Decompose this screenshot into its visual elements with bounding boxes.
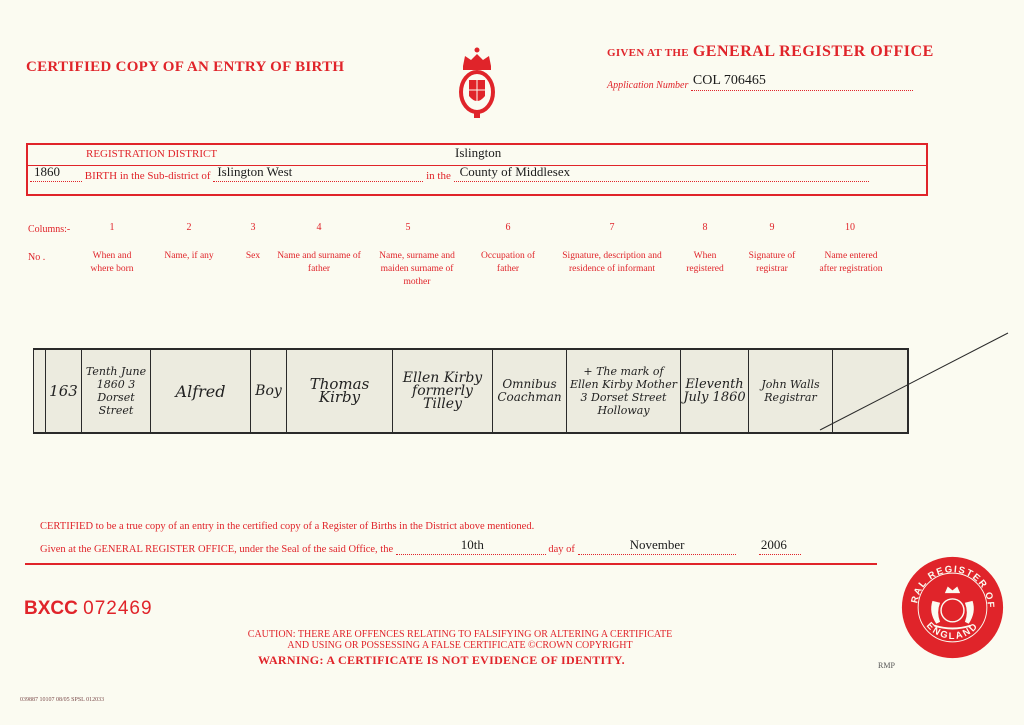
certificate-serial: BXCC 072469: [24, 598, 153, 620]
general-register-office-seal-icon: GENERAL REGISTER OFFICE ENGLAND: [900, 555, 1005, 660]
subdistrict-field: Islington West: [213, 167, 423, 182]
county-label: in the: [426, 170, 451, 182]
year-field-certified: 2006: [759, 540, 801, 555]
application-number-row: Application Number COL 706465: [607, 78, 913, 91]
county-field: County of Middlesex: [454, 167, 869, 182]
print-code: 039887 10107 08/05 SPSL 012033: [20, 697, 104, 703]
day-field: 10th: [396, 540, 546, 555]
application-number-value: COL 706465: [693, 73, 766, 89]
entry-informant: + The mark of Ellen Kirby Mother 3 Dorse…: [566, 350, 680, 432]
col-num-5: 5: [396, 222, 420, 233]
col-head-6: Occupation of father: [476, 250, 540, 276]
registration-district-value: Islington: [455, 145, 501, 161]
register-entry-row: 163 Tenth June 1860 3 Dorset Street Alfr…: [33, 348, 909, 434]
entry-mother: Ellen Kirby formerly Tilley: [392, 350, 492, 432]
serial-prefix: BXCC: [24, 598, 78, 619]
entry-registrar: John Walls Registrar: [748, 350, 832, 432]
day-of-label: day of: [548, 544, 575, 555]
col-head-5: Name, surname and maiden surname of moth…: [370, 250, 464, 289]
application-number-label: Application Number: [607, 80, 688, 91]
given-at-office: GENERAL REGISTER OFFICE: [693, 43, 934, 60]
entry-name-after-registration: [832, 350, 907, 432]
entry-number: 163: [45, 350, 81, 432]
col-head-8: When registered: [680, 250, 730, 276]
col-num-10: 10: [838, 222, 862, 233]
serial-number: 072469: [83, 598, 152, 619]
certification-rule: [25, 563, 877, 565]
certification-given-prefix: Given at the GENERAL REGISTER OFFICE, un…: [40, 544, 393, 555]
subdistrict-row: 1860 BIRTH in the Sub-district of Isling…: [30, 167, 869, 182]
year-value: 1860: [34, 164, 60, 180]
entry-when-where-born: Tenth June 1860 3 Dorset Street: [81, 350, 150, 432]
warning-notice: WARNING: A CERTIFICATE IS NOT EVIDENCE O…: [258, 653, 625, 668]
subdistrict-label: BIRTH in the Sub-district of: [85, 170, 211, 182]
certificate-title: CERTIFIED COPY OF AN ENTRY OF BIRTH: [26, 59, 344, 76]
certification-statement: CERTIFIED to be a true copy of an entry …: [40, 521, 534, 532]
col-head-4: Name and surname of father: [273, 250, 365, 276]
entry-sex: Boy: [250, 350, 286, 432]
month-field: November: [578, 540, 736, 555]
rmp-initials: RMP: [878, 661, 895, 670]
entry-father: Thomas Kirby: [286, 350, 392, 432]
caution-notice: CAUTION: THERE ARE OFFENCES RELATING TO …: [215, 629, 705, 651]
subdistrict-value: Islington West: [217, 164, 292, 180]
col-head-3: Sex: [236, 250, 270, 263]
county-value: County of Middlesex: [460, 164, 571, 180]
col-num-2: 2: [177, 222, 201, 233]
col-head-10: Name entered after registration: [815, 250, 887, 276]
caution-line-1: CAUTION: THERE ARE OFFENCES RELATING TO …: [215, 629, 705, 640]
col-head-1: When and where born: [82, 250, 142, 276]
col-head-9: Signature of registrar: [742, 250, 802, 276]
no-label: No .: [28, 252, 45, 263]
entry-name: Alfred: [150, 350, 250, 432]
columns-label: Columns:-: [28, 224, 70, 235]
application-number-field: COL 706465: [691, 78, 913, 91]
month-value: November: [630, 537, 685, 553]
col-num-8: 8: [693, 222, 717, 233]
certified-year-value: 2006: [761, 537, 787, 553]
year-field: 1860: [30, 167, 82, 182]
col-num-3: 3: [241, 222, 265, 233]
entry-when-registered: Eleventh July 1860: [680, 350, 748, 432]
registration-district-label: REGISTRATION DISTRICT: [86, 148, 217, 160]
col-num-1: 1: [100, 222, 124, 233]
royal-crest-icon: [455, 46, 499, 120]
day-value: 10th: [461, 537, 484, 553]
certification-given-row: Given at the GENERAL REGISTER OFFICE, un…: [40, 540, 801, 555]
entry-occupation: Omnibus Coachman: [492, 350, 566, 432]
col-num-9: 9: [760, 222, 784, 233]
col-head-7: Signature, description and residence of …: [550, 250, 674, 276]
caution-line-2: AND USING OR POSSESSING A FALSE CERTIFIC…: [215, 640, 705, 651]
col-num-7: 7: [600, 222, 624, 233]
given-at-prefix: GIVEN AT THE: [607, 47, 689, 59]
col-num-6: 6: [496, 222, 520, 233]
col-head-2: Name, if any: [152, 250, 226, 263]
entry-margin-cell: [33, 350, 45, 432]
given-at-heading: GIVEN AT THE GENERAL REGISTER OFFICE: [607, 43, 934, 61]
col-num-4: 4: [307, 222, 331, 233]
